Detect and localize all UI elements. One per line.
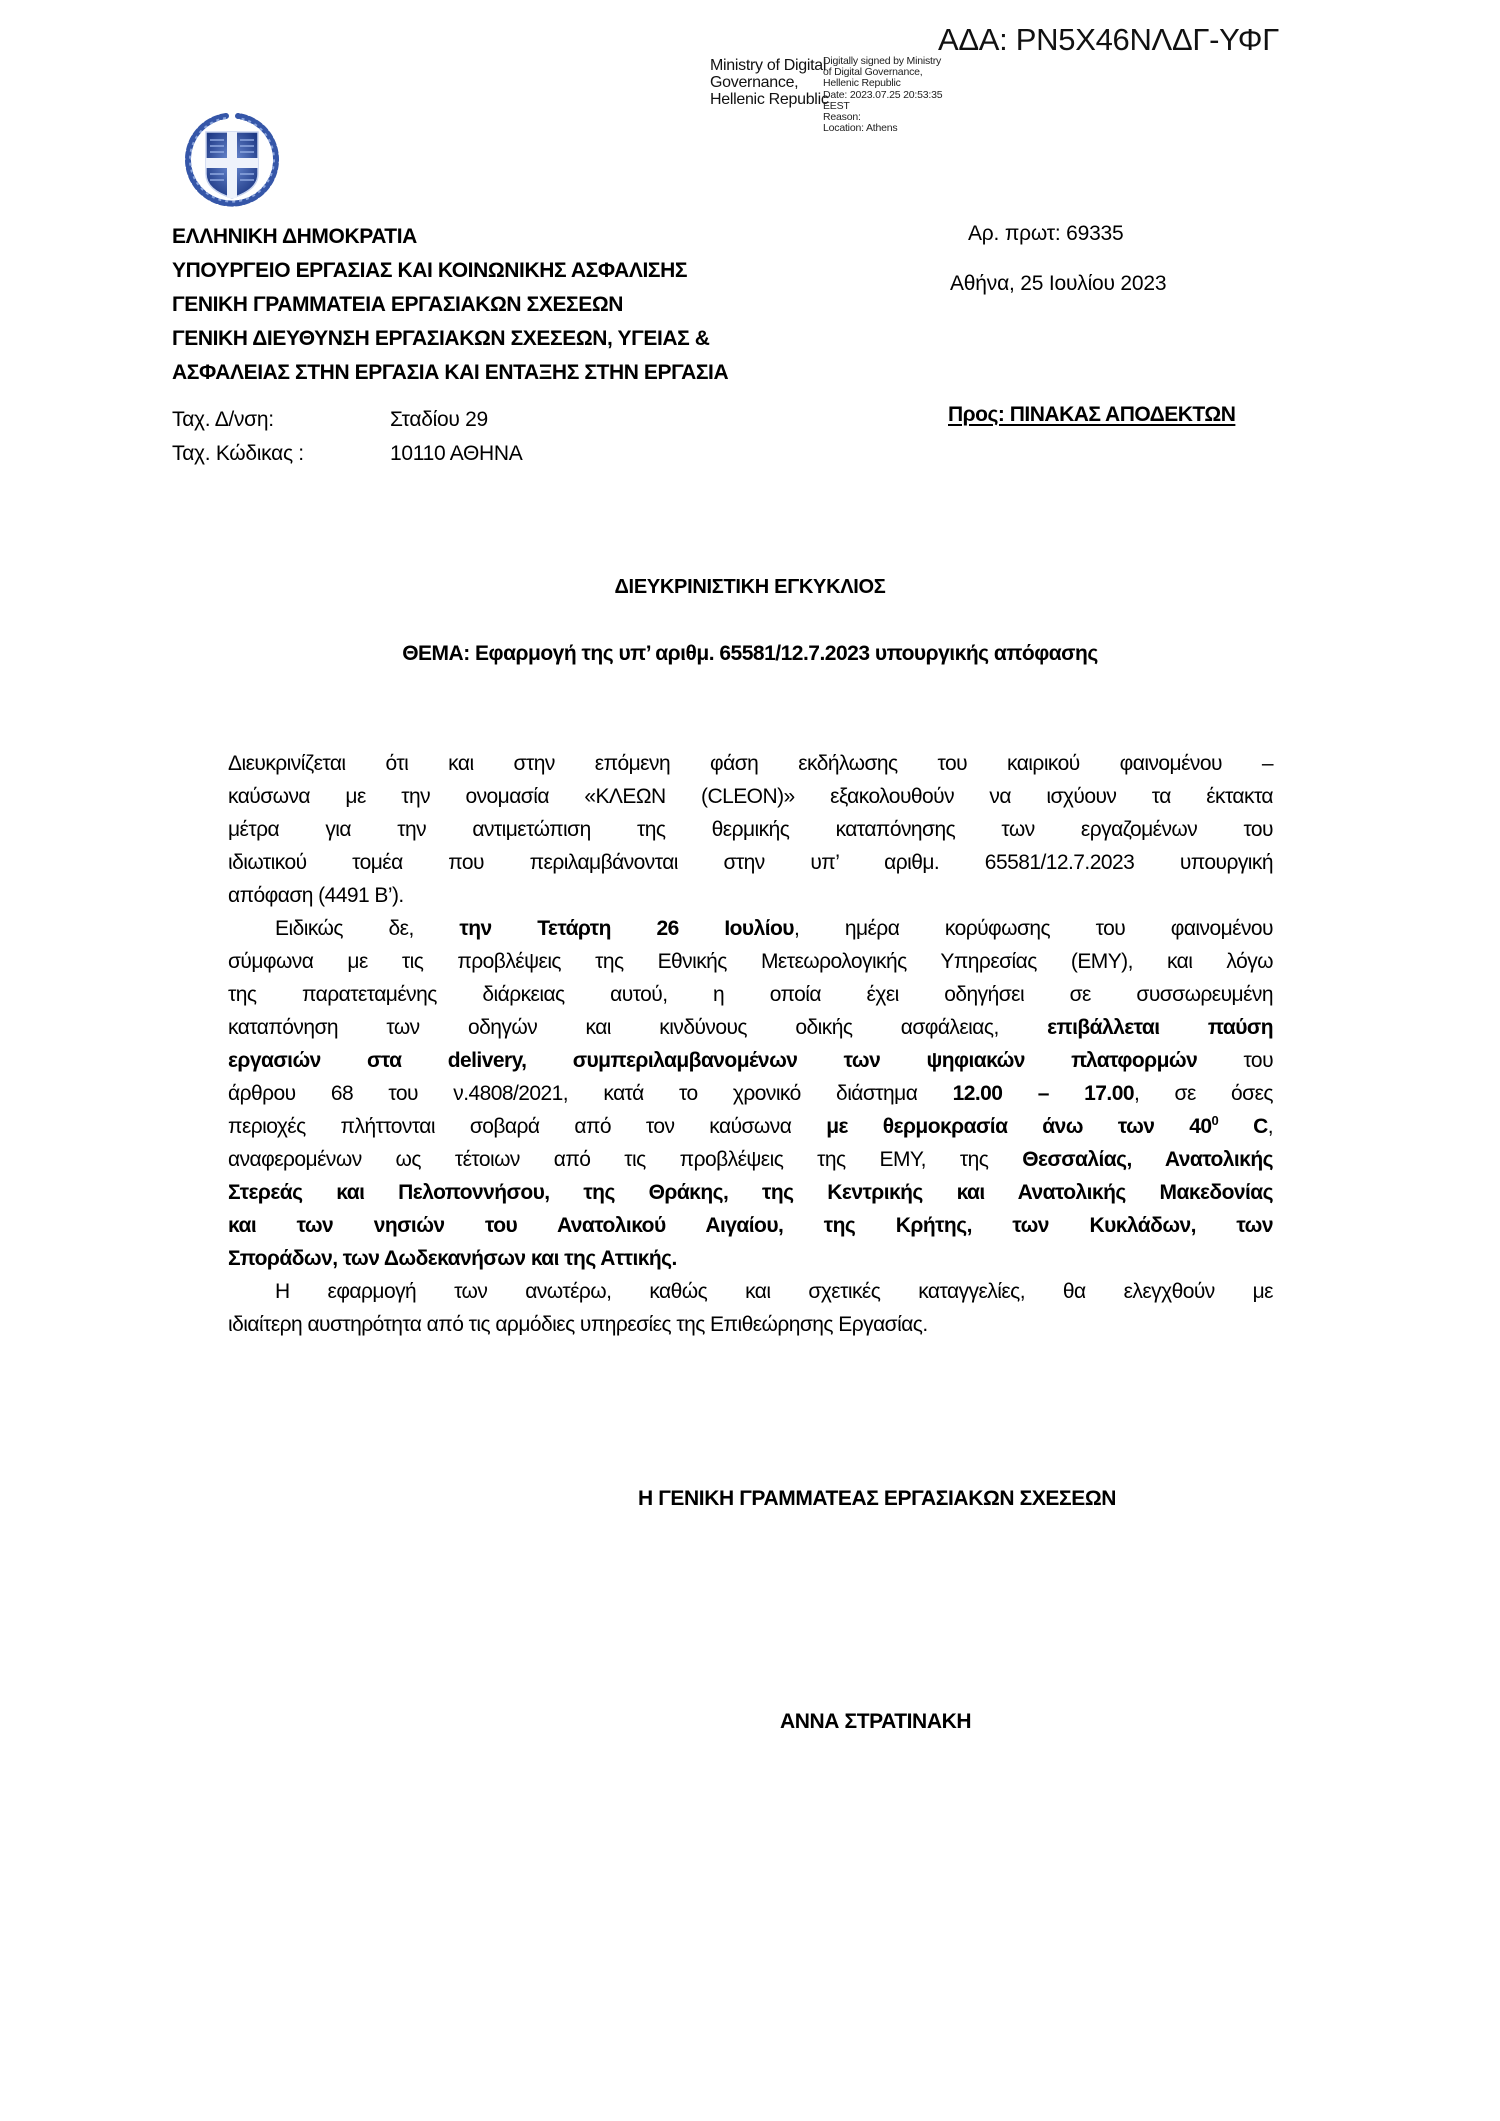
greek-coat-of-arms-icon [176,104,288,216]
signer-line: Hellenic Republic [710,91,829,108]
authority-line: ΕΛΛΗΝΙΚΗ ΔΗΜΟΚΡΑΤΙΑ [172,220,728,254]
body-line: της παρατεταμένης διάρκειας αυτού, η οπο… [228,978,1273,1011]
body-line: Στερεάς και Πελοποννήσου, της Θράκης, τη… [228,1176,1273,1209]
body-line: μέτρα για την αντιμετώπιση της θερμικής … [228,813,1273,846]
ada-code: ΑΔΑ: ΡΝ5Χ46ΝΛΔΓ-ΥΦΓ [938,22,1279,58]
signatory-title: Η ΓΕΝΙΚΗ ΓΡΑΜΜΑΤΕΑΣ ΕΡΓΑΣΙΑΚΩΝ ΣΧΕΣΕΩΝ [638,1487,1116,1511]
address-row: Ταχ. Δ/νση: Σταδίου 29 [172,403,522,437]
protocol-number: Αρ. πρωτ: 69335 [968,222,1124,246]
body-line: Η εφαρμογή των ανωτέρω, καθώς και σχετικ… [228,1275,1273,1308]
body-line: Διευκρινίζεται ότι και στην επόμενη φάση… [228,747,1273,780]
digital-signature-details: Digitally signed by Ministry of Digital … [823,56,942,134]
signer-line: Governance, [710,74,829,91]
digital-signature-signer: Ministry of Digital Governance, Hellenic… [710,57,829,108]
issuing-authority: ΕΛΛΗΝΙΚΗ ΔΗΜΟΚΡΑΤΙΑ ΥΠΟΥΡΓΕΙΟ ΕΡΓΑΣΙΑΣ Κ… [172,220,728,390]
signer-line: Ministry of Digital [710,57,829,74]
body-line: καταπόνηση των οδηγών και κινδύνους οδικ… [228,1011,1273,1044]
body-line: καύσωνα με την ονομασία «ΚΛΕΩΝ (CLEON)» … [228,780,1273,813]
body-paragraph: Διευκρινίζεται ότι και στην επόμενη φάση… [228,747,1273,912]
body-line: Σποράδων, των Δωδεκανήσων και της Αττική… [228,1242,1273,1275]
body-line: ιδιωτικού τομέα που περιλαμβάνονται στην… [228,846,1273,879]
body-line: και των νησιών του Ανατολικού Αιγαίου, τ… [228,1209,1273,1242]
authority-line: ΥΠΟΥΡΓΕΙΟ ΕΡΓΑΣΙΑΣ ΚΑΙ ΚΟΙΝΩΝΙΚΗΣ ΑΣΦΑΛΙ… [172,254,728,288]
body-line: Ειδικώς δε, την Τετάρτη 26 Ιουλίου, ημέρ… [228,912,1273,945]
body-line: περιοχές πλήττονται σοβαρά από τον καύσω… [228,1110,1273,1143]
body-line: ιδιαίτερη αυστηρότητα από τις αρμόδιες υ… [228,1308,1273,1341]
document-subject: ΘΕΜΑ: Εφαρμογή της υπ’ αριθμ. 65581/12.7… [0,642,1500,666]
document-body: Διευκρινίζεται ότι και στην επόμενη φάση… [228,747,1273,1341]
place-date: Αθήνα, 25 Ιουλίου 2023 [950,272,1166,296]
signature-detail-line: Location: Athens [823,123,942,134]
body-line: αναφερομένων ως τέτοιων από τις προβλέψε… [228,1143,1273,1176]
postal-code-row: Ταχ. Κώδικας : 10110 ΑΘΗΝΑ [172,437,522,471]
document-title: ΔΙΕΥΚΡΙΝΙΣΤΙΚΗ ΕΓΚΥΚΛΙΟΣ [0,576,1500,599]
authority-line: ΓΕΝΙΚΗ ΓΡΑΜΜΑΤΕΙΑ ΕΡΓΑΣΙΑΚΩΝ ΣΧΕΣΕΩΝ [172,288,728,322]
address-value: Σταδίου 29 [390,403,488,437]
body-paragraph: Ειδικώς δε, την Τετάρτη 26 Ιουλίου, ημέρ… [228,912,1273,1275]
body-line: άρθρου 68 του ν.4808/2021, κατά το χρονι… [228,1077,1273,1110]
postal-code-label: Ταχ. Κώδικας : [172,437,390,471]
signatory-name: ΑΝΝΑ ΣΤΡΑΤΙΝΑΚΗ [780,1710,971,1734]
body-line: απόφαση (4491 Β’). [228,879,1273,912]
recipients-link: Προς: ΠΙΝΑΚΑΣ ΑΠΟΔΕΚΤΩΝ [948,403,1235,427]
postal-address: Ταχ. Δ/νση: Σταδίου 29 Ταχ. Κώδικας : 10… [172,403,522,471]
address-label: Ταχ. Δ/νση: [172,403,390,437]
postal-code-value: 10110 ΑΘΗΝΑ [390,437,522,471]
body-line: σύμφωνα με τις προβλέψεις της Εθνικής Με… [228,945,1273,978]
authority-line: ΑΣΦΑΛΕΙΑΣ ΣΤΗΝ ΕΡΓΑΣΙΑ ΚΑΙ ΕΝΤΑΞΗΣ ΣΤΗΝ … [172,356,728,390]
body-line: εργασιών στα delivery, συμπεριλαμβανομέν… [228,1044,1273,1077]
authority-line: ΓΕΝΙΚΗ ΔΙΕΥΘΥΝΣΗ ΕΡΓΑΣΙΑΚΩΝ ΣΧΕΣΕΩΝ, ΥΓΕ… [172,322,728,356]
signature-detail-line: Hellenic Republic [823,78,942,89]
body-paragraph: Η εφαρμογή των ανωτέρω, καθώς και σχετικ… [228,1275,1273,1341]
